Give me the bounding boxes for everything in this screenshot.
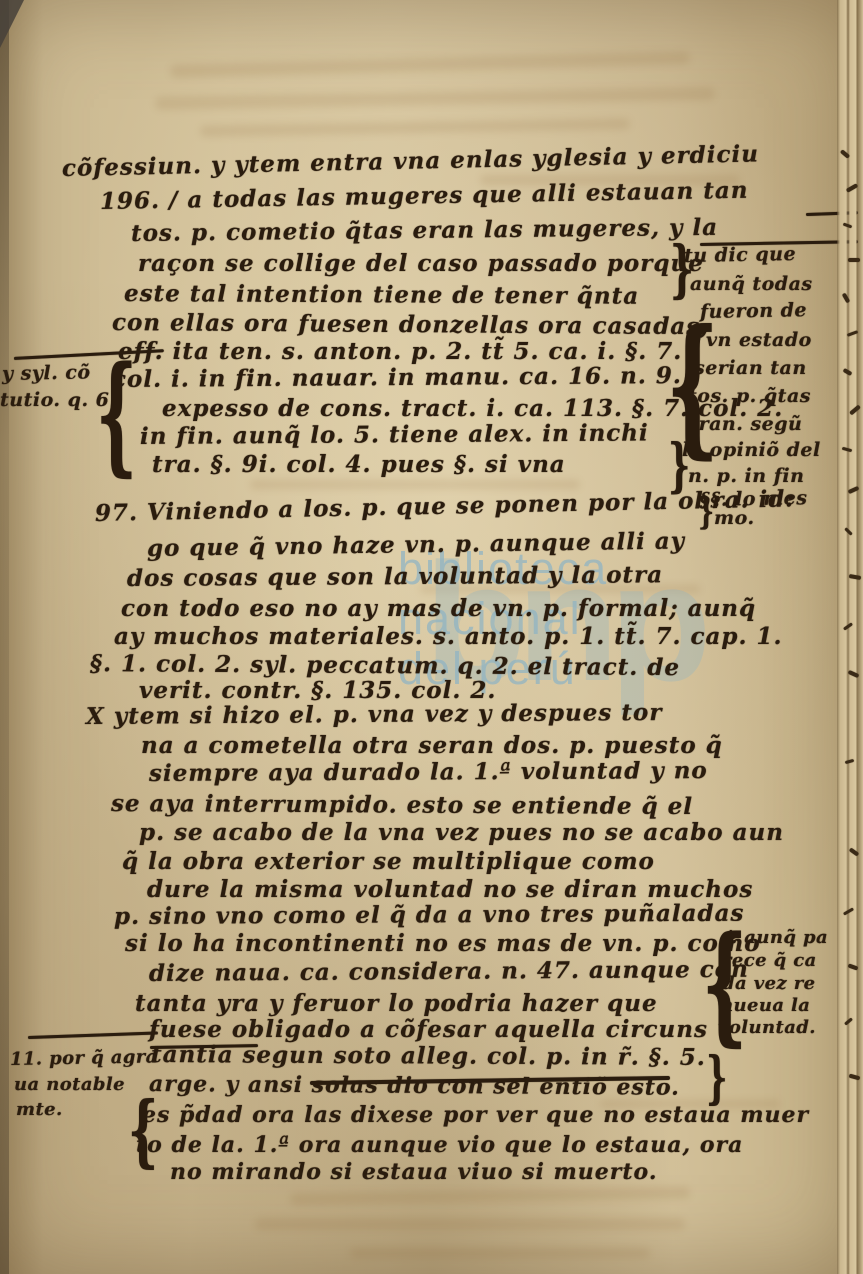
right-margin-note: tu dic que — [684, 244, 796, 267]
manuscript-line: p. se acabo de la vna vez pues no se aca… — [139, 820, 784, 845]
bleed-through-stain — [200, 118, 630, 137]
ink-stroke — [28, 1031, 158, 1039]
left-margin-note: y syl. cõ — [2, 362, 91, 384]
manuscript-line: p. sino vno como el q̃ da a vno tres puñ… — [114, 901, 745, 930]
manuscript-line: este tal intention tiene de tener q̃nta — [124, 281, 639, 309]
manuscript-line: verit. contr. §. 135. col. 2. — [139, 678, 496, 703]
manuscript-line: in fin. aunq̃ lo. 5. tiene alex. in inch… — [140, 420, 649, 449]
bleed-through-stain — [290, 1187, 690, 1206]
manuscript-line: dure la misma voluntad no se diran mucho… — [147, 877, 753, 902]
manuscript-line: con todo eso no ay mas de vn. p. formal;… — [121, 596, 756, 621]
bleed-through-stain — [350, 1248, 650, 1258]
bleed-through-stain — [255, 1218, 685, 1230]
manuscript-line: dize naua. ca. considera. n. 47. aunque … — [149, 957, 749, 986]
manuscript-line: X ytem si hizo el. p. vna vez y despues … — [86, 700, 663, 729]
manuscript-line: go que q̃ vno haze vn. p. aunque alli ay — [147, 528, 685, 561]
manuscript-line: 196. / a todas las mugeres que alli esta… — [100, 178, 749, 215]
manuscript-line: na a cometella otra seran dos. p. puesto… — [141, 733, 723, 758]
manuscript-line: se aya interrumpido. esto se entiende q̃… — [111, 791, 693, 819]
brace-mark: } — [706, 1050, 728, 1106]
brace-mark: } — [670, 238, 694, 300]
left-margin-note: ua notable — [14, 1075, 125, 1095]
manuscript-page: bnp biblioteca nacional del perú cõfessi… — [0, 0, 863, 1274]
edge-ink-mark — [848, 258, 860, 262]
right-margin-note: vn estado — [706, 330, 812, 351]
manuscript-line: eff. ita ten. s. anton. p. 2. tt̃ 5. ca.… — [118, 339, 682, 364]
brace-mark: { — [96, 350, 137, 478]
left-margin-note: tutio. q. 6 — [0, 390, 109, 411]
manuscript-line: tos. p. cometio q̃tas eran las mugeres, … — [131, 215, 718, 246]
manuscript-line: no mirando si estaua viuo si muerto. — [170, 1160, 657, 1184]
manuscript-line: raçon se collige del caso passado porque — [138, 251, 704, 276]
bleed-through-stain — [170, 51, 690, 78]
left-gutter-shadow — [0, 0, 9, 1274]
brace-mark: { — [702, 920, 747, 1048]
manuscript-line: si lo ha incontinenti no es mas de vn. p… — [125, 931, 761, 956]
manuscript-line: §. 1. col. 2. syl. peccatum. q. 2. el tr… — [90, 651, 680, 680]
dark-corner-mark — [0, 0, 24, 48]
manuscript-line: tanta yra y feruor lo podria hazer que — [135, 991, 658, 1016]
manuscript-line: con ellas ora fuesen donzellas ora casad… — [112, 310, 709, 339]
bleed-through-stain — [155, 87, 715, 110]
bleed-through-stain — [250, 480, 580, 489]
left-margin-note: 11. por q̃ agra — [10, 1047, 158, 1069]
manuscript-line: ay muchos materiales. s. anto. p. 1. tt̃… — [114, 624, 783, 649]
manuscript-line: tra. §. 9i. col. 4. pues §. si vna — [152, 452, 566, 477]
right-margin-note: mo. — [714, 508, 755, 529]
manuscript-line: dos cosas que son la voluntad y la otra — [127, 562, 663, 591]
left-margin-note: mte. — [16, 1100, 63, 1120]
manuscript-line: siempre aya durado la. 1.ª voluntad y no — [149, 758, 708, 786]
brace-mark: } — [698, 494, 714, 530]
brace-mark: { — [128, 1092, 158, 1170]
right-margin-note: aunq̃ todas — [690, 274, 813, 295]
manuscript-line: q̃ la obra exterior se multiplique como — [122, 849, 655, 874]
manuscript-line: col. i. in fin. nauar. in manu. ca. 16. … — [112, 363, 682, 392]
brace-mark: } — [668, 436, 690, 494]
manuscript-line: fuese obligado a cõfesar aquella circuns — [149, 1017, 708, 1042]
manuscript-line: to de la. 1.ª ora aunque vio que lo esta… — [136, 1133, 743, 1157]
